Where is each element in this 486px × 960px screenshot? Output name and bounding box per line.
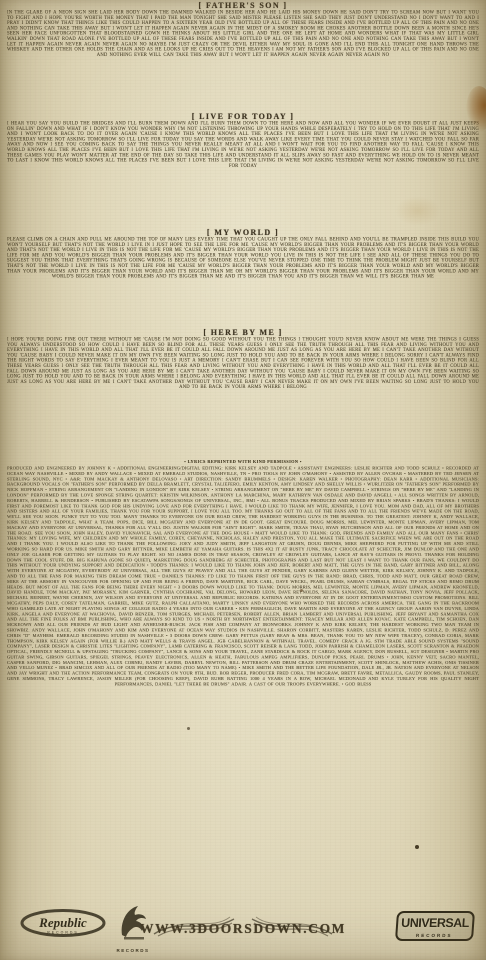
- section-title-here-by-me: [ HERE BY ME ]: [0, 328, 486, 337]
- lyrics-block-fathers-son: IN THE GLARE OF A NEON SIGN SHE LAID HER…: [7, 10, 479, 111]
- lyrics-block-here-by-me: I HOPE YOU'RE DOING FINE OUT THERE WITHO…: [7, 337, 479, 456]
- universal-logo-wordmark: UNIVERSAL: [401, 916, 470, 930]
- footer: Republic RECORDS RECORDS WWW.3DOORSDOWN.…: [0, 893, 486, 960]
- paper-speck: [415, 845, 419, 849]
- universal-records-logo: UNIVERSAL RECORDS: [396, 911, 470, 942]
- section-title-my-world: [ MY WORLD ]: [0, 228, 486, 237]
- lyrics-text-here-by-me: I HOPE YOU'RE DOING FINE OUT THERE WITHO…: [7, 337, 479, 390]
- credits-block: • LYRICS REPRINTED WITH KIND PERMISSION …: [7, 459, 479, 889]
- paper-stain: [395, 196, 441, 226]
- paper-speck: [187, 727, 190, 730]
- paper-speck: [300, 589, 303, 592]
- section-title-fathers-son: [ FATHER'S SON ]: [0, 1, 486, 10]
- dolphin-logo-sub: RECORDS: [116, 948, 150, 953]
- lyrics-text-live-for-today: I HEAR YOU SAY YOU BUILD THE BRIDGES AND…: [7, 121, 479, 169]
- flourish-right-icon: [250, 915, 334, 942]
- credits-text: PRODUCED AND ENGINEERED BY JOHNNY K • AD…: [7, 466, 479, 687]
- lyrics-text-my-world: PLEASE CLIMB ON A CHAIN AND PULL ME AROU…: [7, 237, 479, 279]
- section-title-live-for-today: [ LIVE FOR TODAY ]: [0, 112, 486, 121]
- universal-logo-sub: RECORDS: [400, 933, 468, 938]
- universal-logo-box: UNIVERSAL RECORDS: [395, 911, 475, 941]
- lyrics-block-my-world: PLEASE CLIMB ON A CHAIN AND PULL ME AROU…: [7, 237, 479, 326]
- lyrics-permission-note: • LYRICS REPRINTED WITH KIND PERMISSION …: [7, 459, 479, 464]
- lyrics-text-fathers-son: IN THE GLARE OF A NEON SIGN SHE LAID HER…: [7, 10, 479, 58]
- paper-stain: [466, 86, 486, 132]
